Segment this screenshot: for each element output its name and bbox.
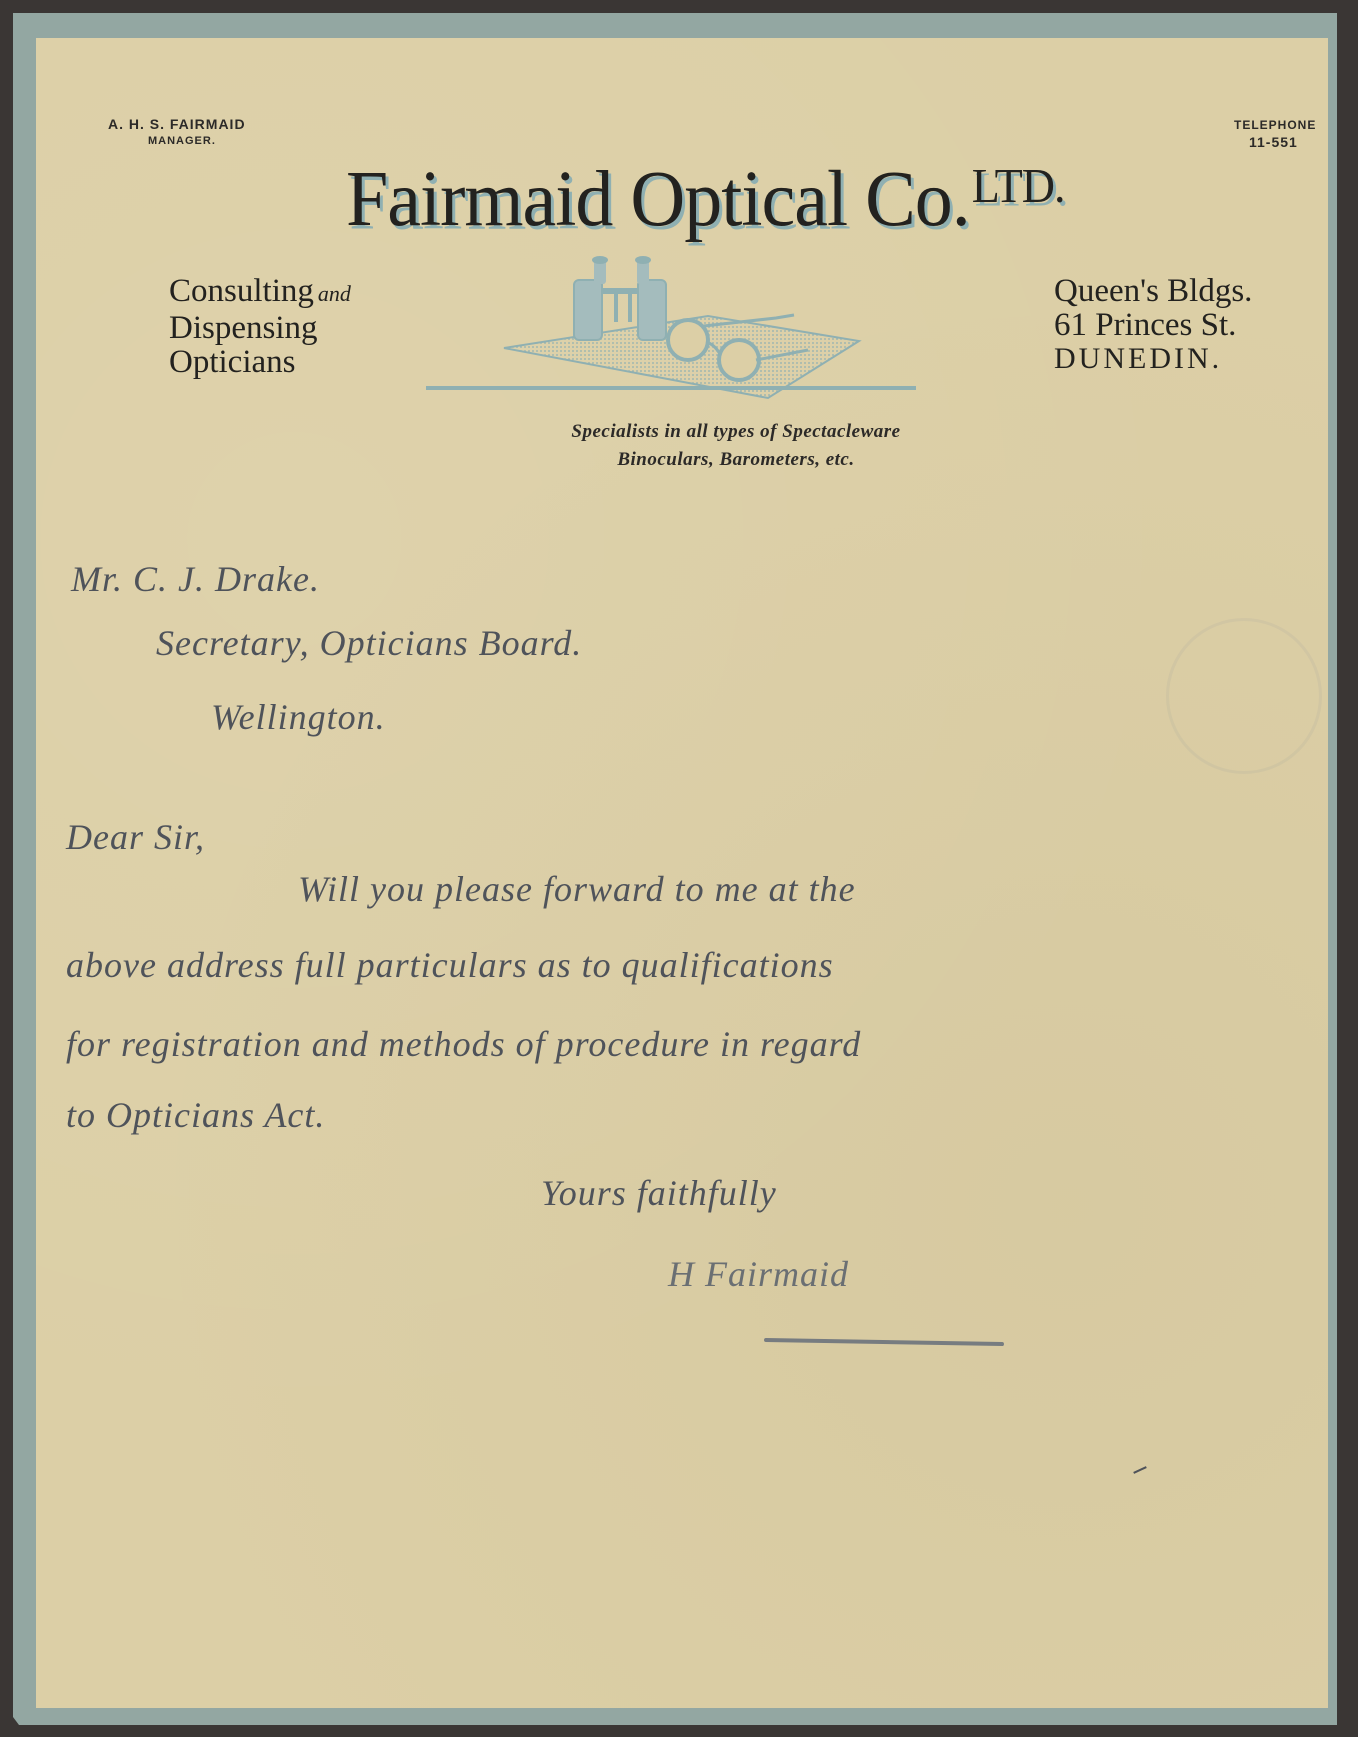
manager-title: MANAGER. [148,135,216,147]
services-line2: Dispensing [169,311,351,345]
tagline: Specialists in all types of Spectaclewar… [416,418,1056,474]
recipient-name: Mr. C. J. Drake. [71,558,320,600]
stray-pen-mark [1133,1466,1147,1474]
tagline-line2: Binoculars, Barometers, etc. [416,446,1056,474]
company-suffix: LTD. [972,159,1065,213]
body-line-3: for registration and methods of procedur… [66,1023,861,1065]
salutation: Dear Sir, [66,816,205,858]
recipient-city: Wellington. [211,696,386,738]
signature-underline [764,1338,1004,1346]
address-line2: 61 Princes St. [1054,308,1252,342]
services-line1: Consulting [169,273,314,309]
services-line3: Opticians [169,345,351,379]
address-line1: Queen's Bldgs. [1054,274,1252,308]
faded-stamp [1166,618,1322,774]
recipient-title: Secretary, Opticians Board. [156,622,582,664]
company-name: Fairmaid Optical Co.LTD. [346,154,1064,245]
telephone-label: TELEPHONE [1234,118,1316,132]
address-block: Queen's Bldgs. 61 Princes St. DUNEDIN. [1054,274,1252,376]
telephone-number: 11-551 [1249,134,1298,150]
binoculars-and-spectacles-icon [416,238,1016,413]
letter-paper: A. H. S. FAIRMAID MANAGER. TELEPHONE 11-… [36,38,1328,1708]
closing: Yours faithfully [541,1172,777,1214]
signature: H Fairmaid [668,1253,849,1295]
manager-name: A. H. S. FAIRMAID [108,116,246,132]
services-block: Consultingand Dispensing Opticians [169,274,351,379]
tagline-line1: Specialists in all types of Spectaclewar… [416,418,1056,446]
address-city: DUNEDIN. [1054,342,1252,376]
letter-border: A. H. S. FAIRMAID MANAGER. TELEPHONE 11-… [13,13,1337,1725]
body-line-2: above address full particulars as to qua… [66,944,834,986]
body-line-4: to Opticians Act. [66,1094,325,1136]
company-name-text: Fairmaid Optical Co. [346,155,970,243]
services-and: and [318,281,351,306]
body-line-1: Will you please forward to me at the [298,868,856,910]
